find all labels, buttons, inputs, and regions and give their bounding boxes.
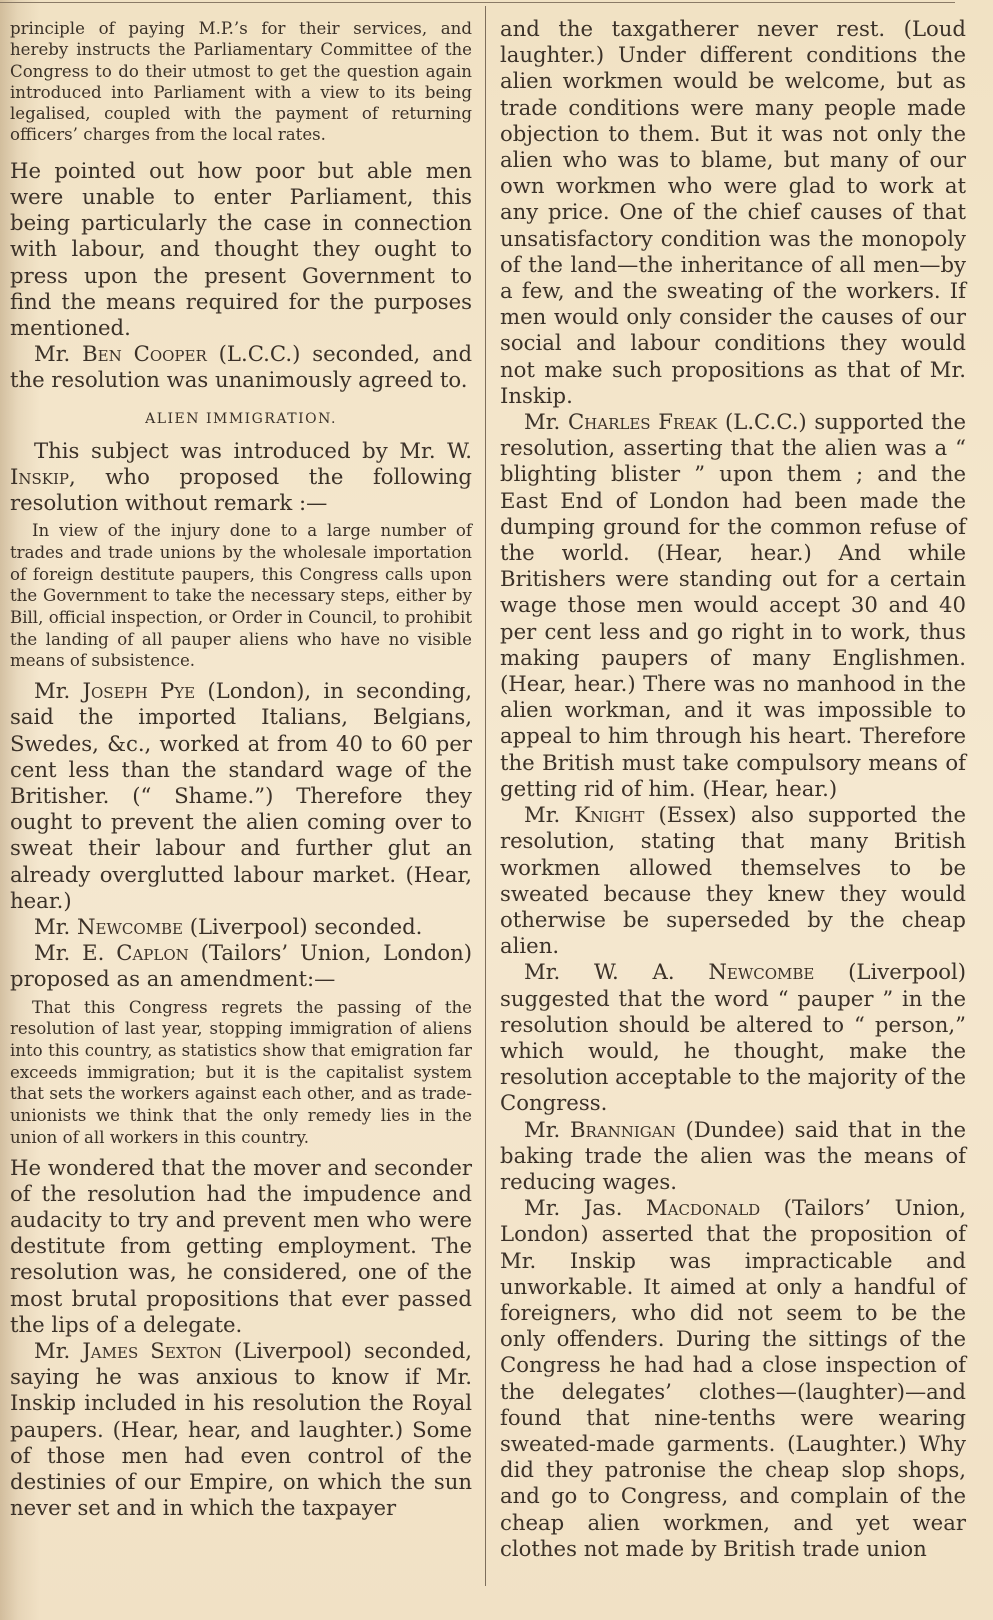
paragraph: He pointed out how poor but able men wer… bbox=[10, 158, 472, 341]
paragraph: Mr. Charles Freak (L.C.C.) supported the… bbox=[500, 409, 966, 802]
paragraph: Mr. Jas. Macdonald (Tailors’ Union, Lond… bbox=[500, 1195, 966, 1562]
speaker-name: Newcombe bbox=[708, 959, 814, 984]
paragraph: Mr. Newcombe (Liverpool) seconded. bbox=[10, 914, 472, 940]
left-column: principle of paying M.P.’s for their ser… bbox=[10, 16, 472, 1521]
paragraph: Mr. Ben Cooper (L.C.C.) seconded, and th… bbox=[10, 341, 472, 393]
speaker-name: Caplon bbox=[116, 940, 189, 965]
speaker-name: Inskip bbox=[10, 464, 69, 489]
paragraph: He wondered that the mover and seconder … bbox=[10, 1155, 472, 1338]
speaker-name: Ben Cooper bbox=[82, 341, 207, 366]
speaker-name: James Sexton bbox=[82, 1338, 222, 1363]
top-rule bbox=[0, 2, 955, 3]
right-column: and the taxgatherer never rest. (Loud la… bbox=[500, 16, 966, 1562]
resolution-quote: In view of the injury done to a large nu… bbox=[10, 520, 472, 672]
column-divider bbox=[485, 6, 486, 1586]
speaker-name: Joseph Pye bbox=[83, 678, 196, 703]
paragraph: This subject was introduced by Mr. W. In… bbox=[10, 438, 472, 517]
section-heading: ALIEN IMMIGRATION. bbox=[10, 408, 472, 430]
speaker-name: Brannigan bbox=[570, 1117, 676, 1142]
paragraph: Mr. Brannigan (Dundee) said that in the … bbox=[500, 1117, 966, 1196]
paragraph: and the taxgatherer never rest. (Loud la… bbox=[500, 16, 966, 409]
scanned-page: principle of paying M.P.’s for their ser… bbox=[0, 0, 993, 1620]
speaker-name: Knight bbox=[574, 802, 644, 827]
amendment-quote: That this Congress regrets the passing o… bbox=[10, 997, 472, 1149]
paragraph: Mr. Knight (Essex) also supported the re… bbox=[500, 802, 966, 959]
speaker-name: Newcombe bbox=[77, 914, 183, 939]
speaker-name: Macdonald bbox=[646, 1195, 760, 1220]
paragraph: Mr. James Sexton (Liverpool) seconded, s… bbox=[10, 1338, 472, 1521]
speaker-name: Charles Freak bbox=[568, 409, 717, 434]
paragraph: Mr. Joseph Pye (London), in seconding, s… bbox=[10, 678, 472, 914]
paragraph: Mr. E. Caplon (Tailors’ Union, London) p… bbox=[10, 940, 472, 992]
paragraph: Mr. W. A. Newcombe (Liverpool) suggested… bbox=[500, 959, 966, 1116]
resolution-continuation: principle of paying M.P.’s for their ser… bbox=[10, 18, 472, 146]
